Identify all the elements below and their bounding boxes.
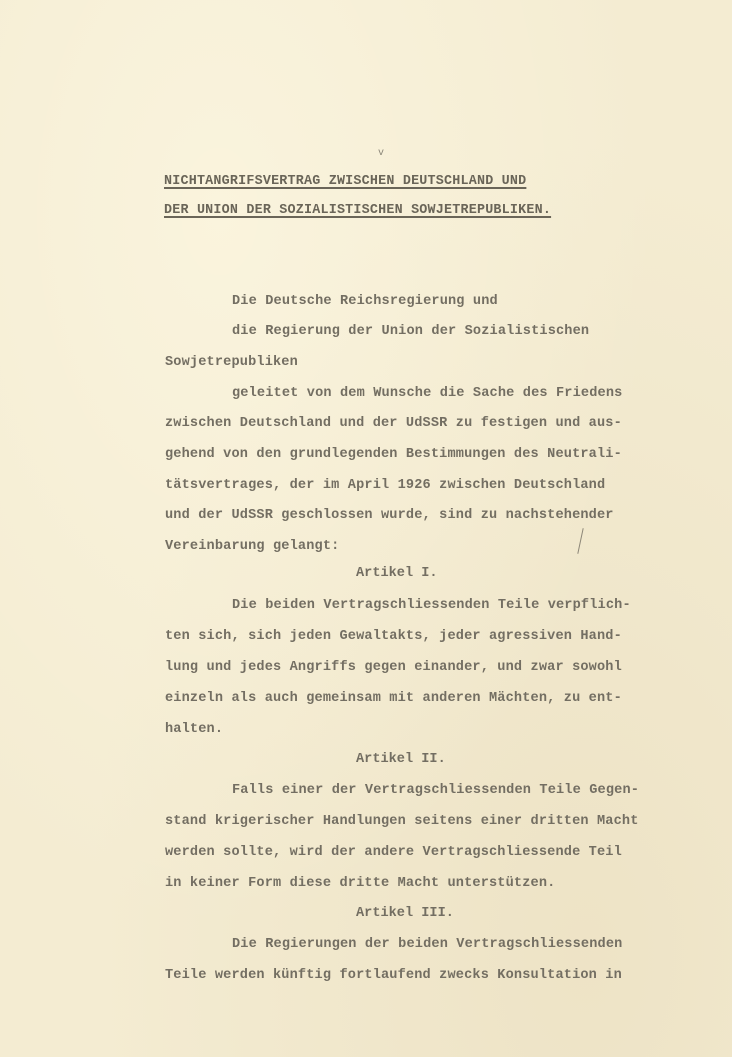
preamble-line: die Regierung der Union der Sozialistisc…	[232, 324, 589, 339]
article-line: einzeln als auch gemeinsam mit anderen M…	[165, 691, 622, 706]
article-heading: Artikel I.	[356, 566, 438, 581]
preamble-line: gehend von den grundlegenden Bestimmunge…	[165, 447, 622, 462]
article-line: werden sollte, wird der andere Vertragsc…	[165, 845, 622, 860]
preamble-line: und der UdSSR geschlossen wurde, sind zu…	[165, 508, 614, 523]
article-line: Die beiden Vertragschliessenden Teile ve…	[232, 598, 631, 613]
pencil-mark: v	[378, 148, 384, 159]
article-line: stand krigerischer Handlungen seitens ei…	[165, 814, 639, 829]
article-heading: Artikel III.	[356, 906, 454, 921]
preamble-line: Vereinbarung gelangt:	[165, 539, 339, 554]
document-title-line-2: DER UNION DER SOZIALISTISCHEN SOWJETREPU…	[164, 203, 551, 218]
article-line: Die Regierungen der beiden Vertragschlie…	[232, 937, 622, 952]
article-line: ten sich, sich jeden Gewaltakts, jeder a…	[165, 629, 622, 644]
preamble-line: Sowjetrepubliken	[165, 355, 298, 370]
article-line: lung und jedes Angriffs gegen einander, …	[165, 660, 622, 675]
pencil-stroke	[577, 528, 583, 554]
article-line: Teile werden künftig fortlaufend zwecks …	[165, 968, 622, 983]
article-line: in keiner Form diese dritte Macht unters…	[165, 876, 555, 891]
typewritten-page: v NICHTANGRIFSVERTRAG ZWISCHEN DEUTSCHLA…	[0, 0, 732, 1057]
preamble-line: Die Deutsche Reichsregierung und	[232, 294, 498, 309]
article-line: Falls einer der Vertragschliessenden Tei…	[232, 783, 639, 798]
article-line: halten.	[165, 722, 223, 737]
preamble-line: zwischen Deutschland und der UdSSR zu fe…	[165, 416, 622, 431]
article-heading: Artikel II.	[356, 752, 446, 767]
preamble-line: tätsvertrages, der im April 1926 zwische…	[165, 478, 605, 493]
document-title-line-1: NICHTANGRIFSVERTRAG ZWISCHEN DEUTSCHLAND…	[164, 174, 526, 189]
preamble-line: geleitet von dem Wunsche die Sache des F…	[232, 386, 622, 401]
